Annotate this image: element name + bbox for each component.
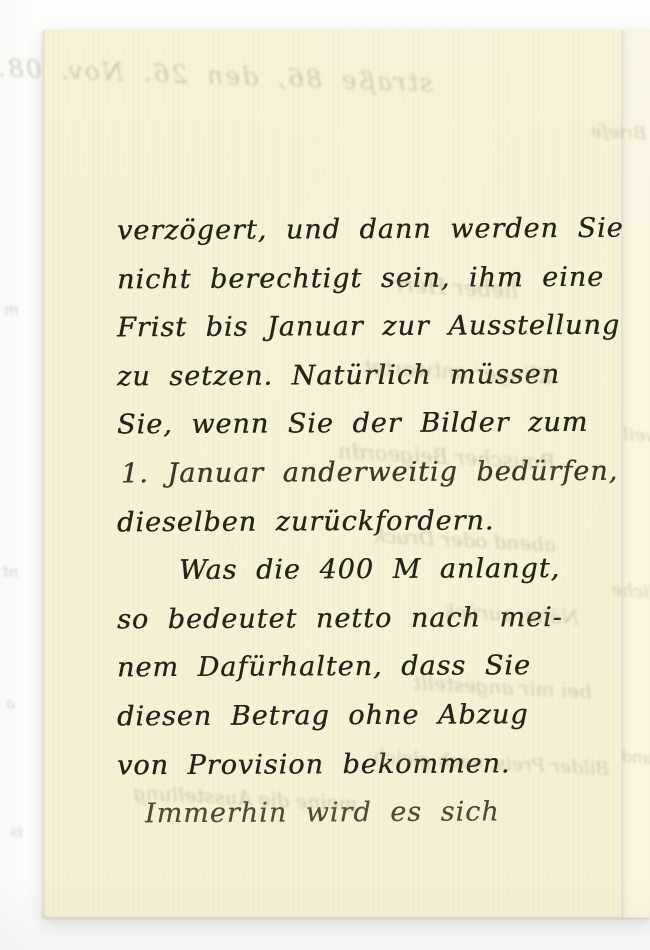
letter-page: straße 86, den 26. Nov. 08. verzögert, u… [43, 30, 650, 918]
handwritten-line: diesen Betrag ohne Abzug [117, 691, 637, 742]
handwritten-line: von Provision bekommen. [117, 739, 637, 790]
handwritten-line: zu setzen. Natürlich müssen [117, 350, 637, 401]
letter-body: verzögert, und dann werden Sienicht bere… [117, 206, 637, 838]
handwritten-line: nicht berechtigt sein, ihm eine [117, 253, 637, 304]
handwritten-line: Immerhin wird es sich [117, 788, 637, 839]
handwritten-line: Sie, wenn Sie der Bilder zum [117, 399, 637, 450]
handwritten-line: 1. Januar anderweitig bedürfen, [117, 448, 637, 499]
handwritten-line: dieselben zurückfordern. [117, 496, 637, 547]
handwritten-line: so bedeutet netto nach mei- [117, 593, 637, 644]
photo-backdrop: straße 86, den 26. Nov. 08. verzögert, u… [0, 0, 650, 950]
handwritten-line: verzögert, und dann werden Sie [117, 205, 637, 256]
handwritten-line: Frist bis Januar zur Ausstellung [117, 302, 637, 353]
show-through-dateline: straße 86, den 26. Nov. 08. [0, 53, 433, 97]
handwritten-line: Was die 400 M anlangt, [117, 545, 637, 596]
handwritten-line: nem Dafürhalten, dass Sie [117, 642, 637, 693]
